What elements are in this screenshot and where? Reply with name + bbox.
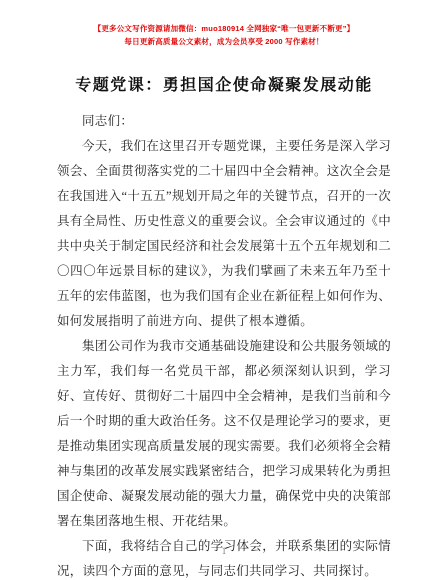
promo-header: 【更多公文写作资源请加微信：muo180914 全网独家“唯一包更新不断更”】 … <box>0 22 448 48</box>
paragraph-salutation: 同志们： <box>57 109 391 134</box>
document-page: 【更多公文写作资源请加微信：muo180914 全网独家“唯一包更新不断更”】 … <box>0 0 448 580</box>
document-title: 专题党课：勇担国企使命凝聚发展动能 <box>0 75 448 97</box>
paragraph-intro: 今天，我们在这里召开专题党课，主要任务是深入学习领会、全面贯彻落实党的二十届四中… <box>57 134 391 334</box>
document-body: 同志们： 今天，我们在这里召开专题党课，主要任务是深入学习领会、全面贯彻落实党的… <box>57 109 391 580</box>
paragraph-group-mission: 集团公司作为我市交通基础设施建设和公共服务领域的主力军，我们每一名党员干部，都必… <box>57 334 391 534</box>
promo-header-line1: 【更多公文写作资源请加微信：muo180914 全网独家“唯一包更新不断更”】 <box>0 22 448 35</box>
paragraph-outline: 下面，我将结合自己的学习体会，并联系集团的实际情况，读四个方面的意见，与同志们共… <box>57 534 391 580</box>
page-number: 1 <box>0 546 448 556</box>
promo-header-line2: 每日更新高质量公文素材，成为会员享受 2000 写作素材！ <box>0 35 448 48</box>
